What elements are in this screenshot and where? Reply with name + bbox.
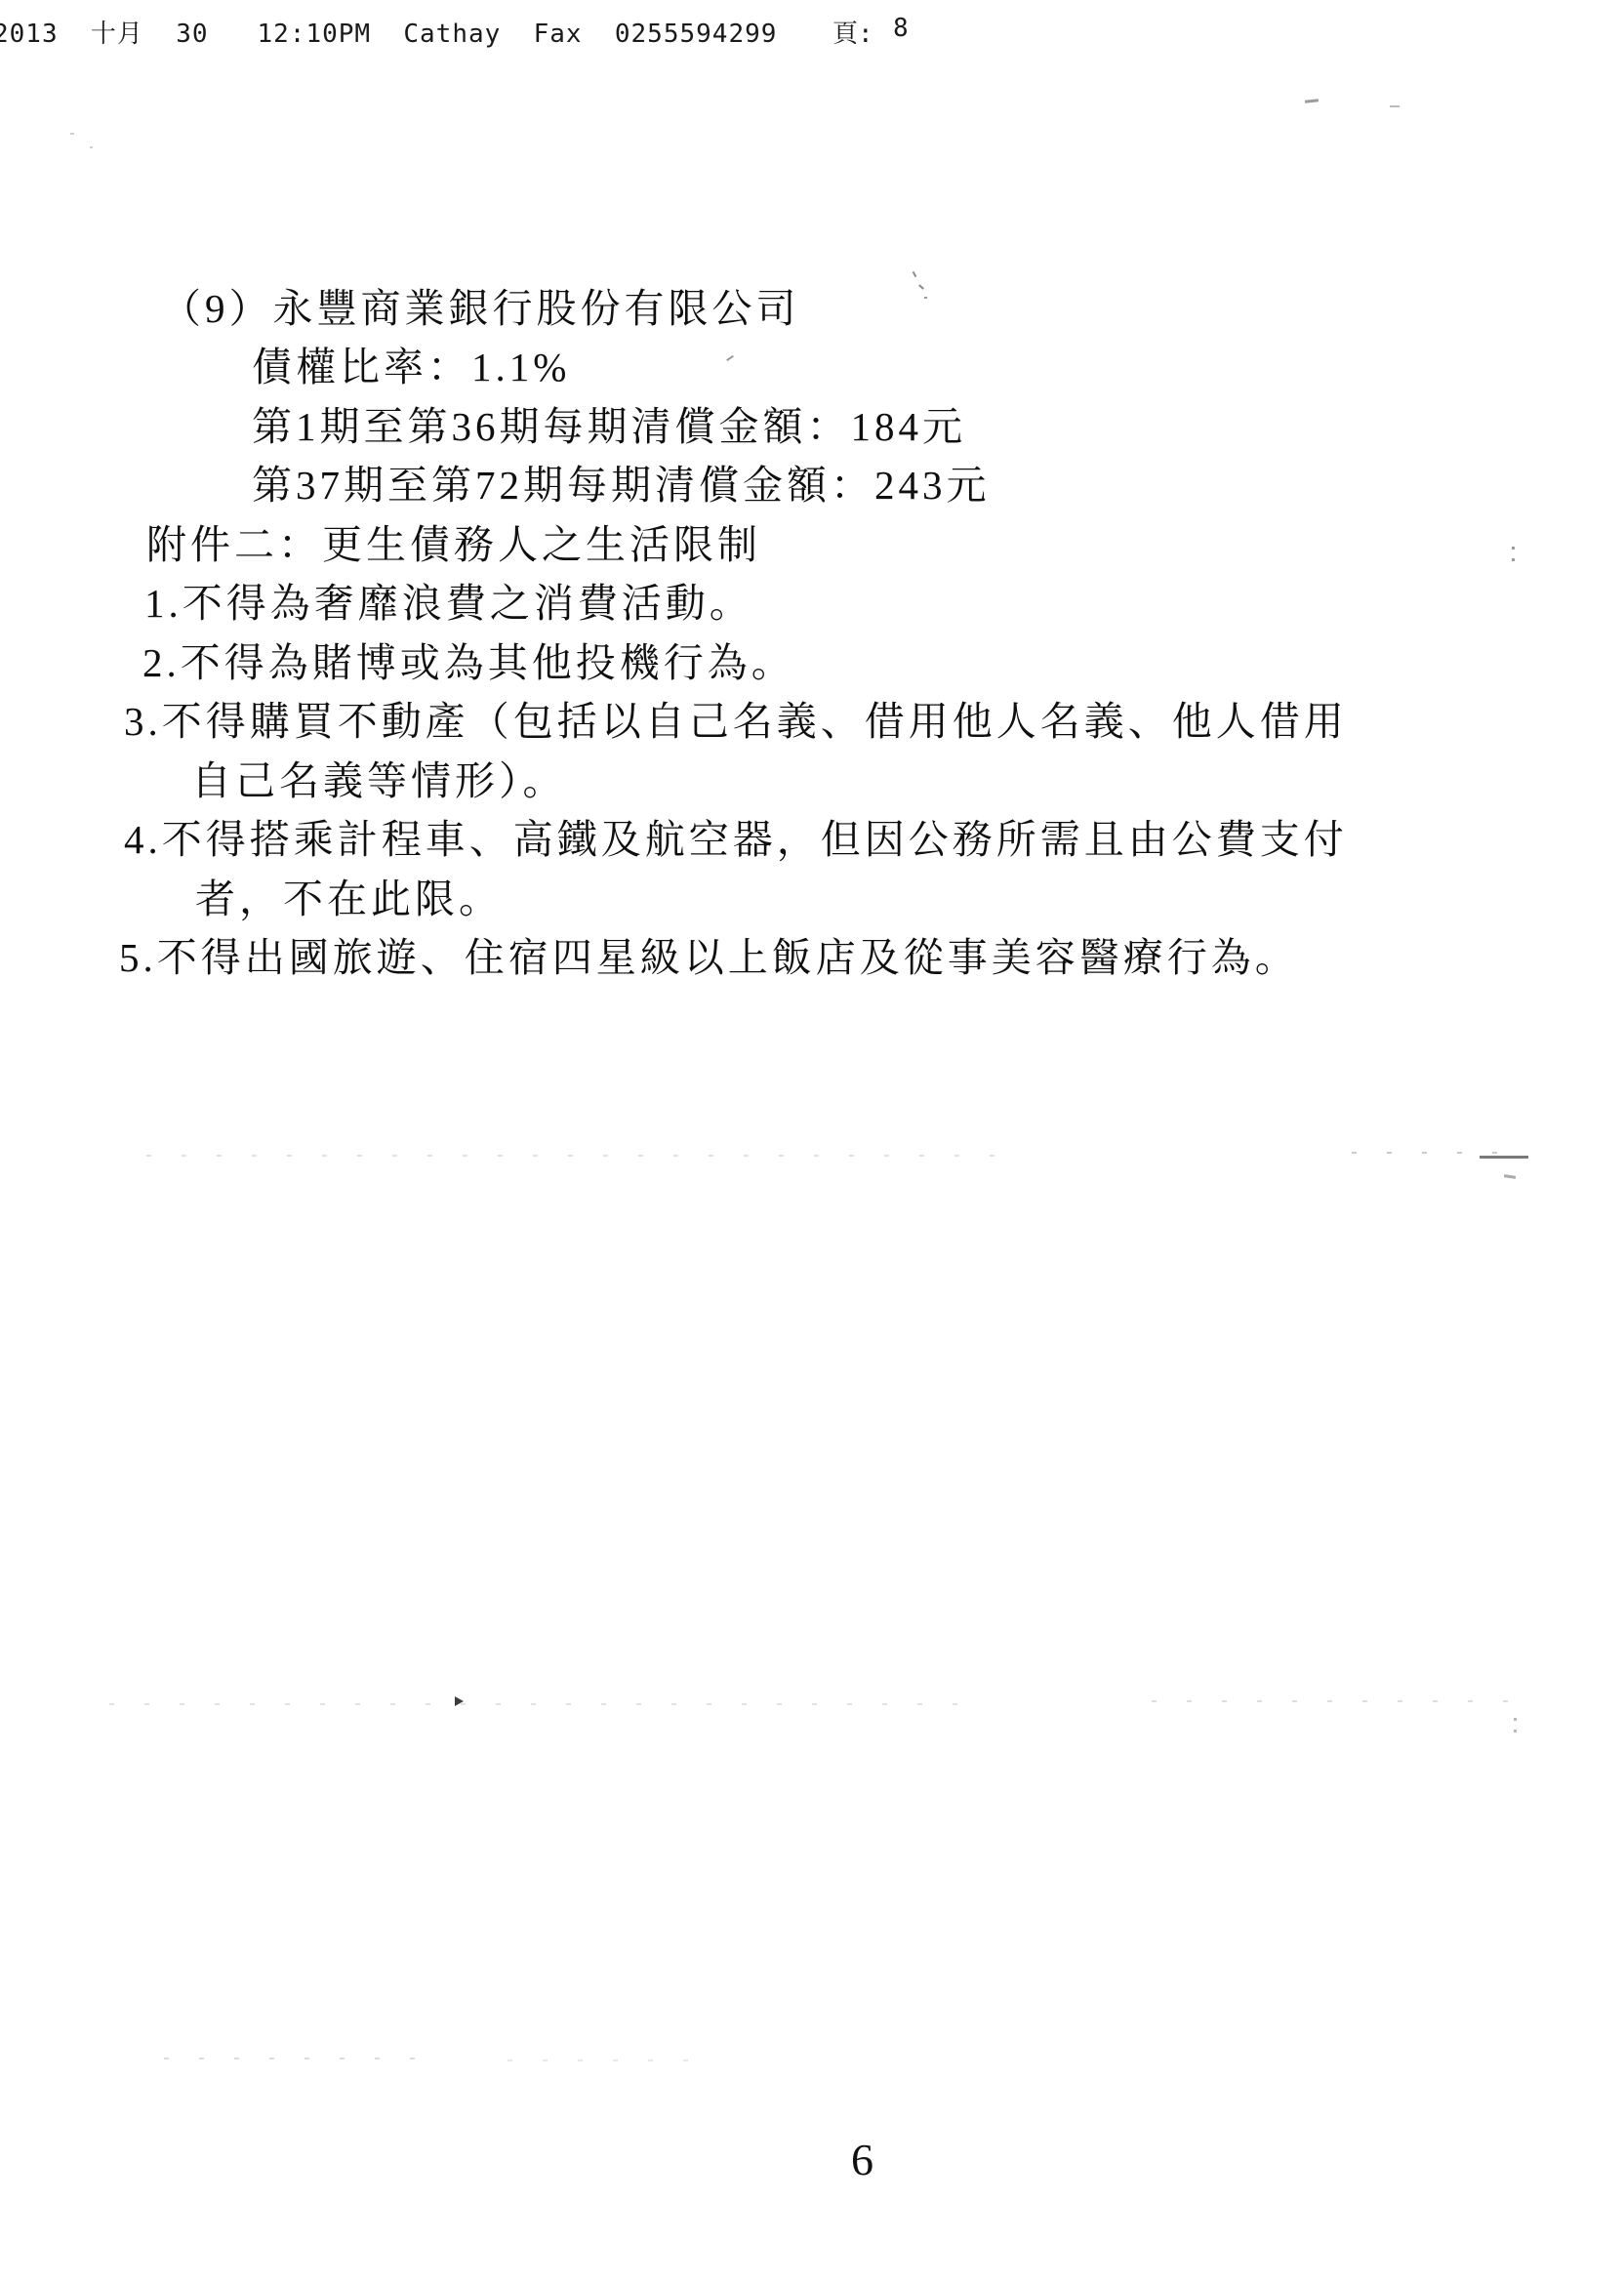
scan-artifact <box>455 1696 464 1706</box>
scan-artifact <box>1514 1718 1517 1721</box>
scan-artifact-line <box>109 1703 958 1705</box>
scan-artifact <box>70 133 74 135</box>
page-indicator-value: 8 <box>893 14 909 43</box>
scan-artifact <box>1305 99 1319 102</box>
document-line: 自己名義等情形）。 <box>191 757 567 804</box>
scan-artifact-line <box>146 1155 1025 1157</box>
document-line: 2.不得為賭博或為其他投機行為。 <box>142 639 795 686</box>
page-number-footer: 6 <box>851 2134 873 2185</box>
scan-artifact <box>1512 547 1515 550</box>
fax-header: 2013 十月 30 12:10PM Cathay Fax 0255594299… <box>0 12 1624 51</box>
document-line: 第1期至第36期每期清償金額：184元 <box>252 403 966 450</box>
document-line: 1.不得為奢靡浪費之消費活動。 <box>144 580 753 627</box>
document-line: 者，不在此限。 <box>195 876 503 922</box>
document-line: 附件二：更生債務人之生活限制 <box>146 521 761 568</box>
document-line: 5.不得出國旅遊、住宿四星級以上飯店及從事美容醫療行為。 <box>119 934 1299 981</box>
scan-artifact <box>924 297 927 299</box>
scan-artifact-line <box>1152 1700 1527 1702</box>
fax-timestamp: 2013 十月 30 12:10PM Cathay Fax 0255594299 <box>0 14 777 50</box>
document-line: （9）永豐商業銀行股份有限公司 <box>161 285 800 332</box>
document-line: 4.不得搭乘計程車、高鐵及航空器，但因公務所需且由公費支付 <box>124 816 1348 863</box>
fax-page: 2013 十月 30 12:10PM Cathay Fax 0255594299… <box>0 0 1624 2283</box>
document-line: 3.不得購買不動產（包括以自己名義、借用他人名義、他人借用 <box>124 698 1348 745</box>
scan-artifact <box>1480 1156 1528 1159</box>
scan-artifact-line <box>507 2059 693 2061</box>
scan-artifact-line <box>164 2058 418 2059</box>
scan-artifact <box>918 284 924 289</box>
scan-artifact <box>726 355 734 361</box>
scan-artifact <box>913 271 917 277</box>
scan-artifact <box>1390 105 1400 107</box>
document-line: 債權比率：1.1% <box>252 344 570 390</box>
scan-artifact <box>90 146 93 148</box>
scan-artifact <box>1504 1174 1516 1179</box>
page-indicator-label: 頁: <box>832 14 873 50</box>
scan-artifact-line <box>1352 1152 1527 1154</box>
document-line: 第37期至第72期每期清償金額：243元 <box>252 462 991 509</box>
